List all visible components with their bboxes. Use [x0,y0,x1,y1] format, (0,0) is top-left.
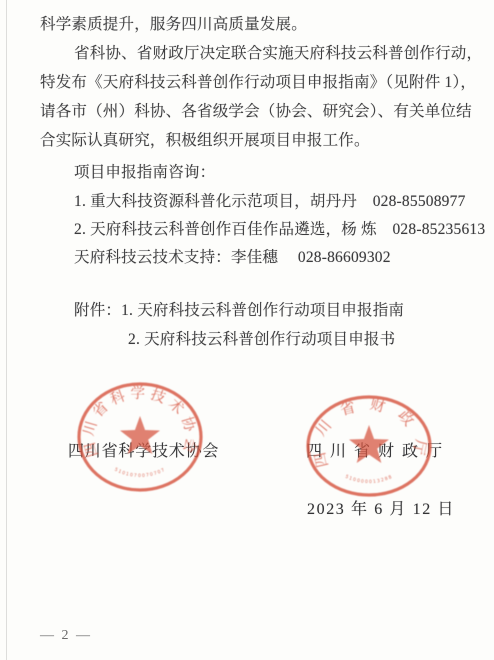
official-seal-left: 四川省科学技术协会 5101070070707 [79,384,201,490]
page-number: — 2 — [40,628,92,644]
body-line: 省科协、省财政厅决定联合实施天府科技云科普创作行动， [74,41,482,63]
body-line: 科学素质提升，服务四川高质量发展。 [40,12,307,34]
body-line: 项目申报指南咨询： [74,160,215,182]
contact-line: 天府科技云技术支持：李佳穗 028-86609302 [74,245,391,267]
body-line: 合实际认真研究，积极组织开展项目申报工作。 [40,128,370,150]
org-signature-right: 四川省财政厅 [306,438,450,461]
contact-line: 2. 天府科技云科普创作百佳作品遴选，杨 炼 028-85235613 [74,217,485,239]
body-line: 特发布《天府科技云科普创作行动项目申报指南》（见附件 1）， [40,70,476,92]
body-line: 请各市（州）科协、各省级学会（协会、研究会）、有关单位结 [40,99,472,121]
contact-line: 1. 重大科技资源科普化示范项目，胡丹丹 028-85508977 [74,189,466,211]
seal-ring [79,384,201,490]
attachment-line: 附件：1. 天府科技云科普创作行动项目申报指南 [74,298,404,320]
scan-edge-line [6,0,7,660]
org-signature-left: 四川省科学技术协会 [68,438,219,461]
seal-serial-number: 5101070070707 [113,467,166,479]
seal-serial-number: 510000013288 [344,474,394,485]
document-date: 2023 年 6 月 12 日 [307,496,455,519]
document-page: 科学素质提升，服务四川高质量发展。 省科协、省财政厅决定联合实施天府科技云科普创… [0,0,494,660]
attachment-line: 2. 天府科技云科普创作行动项目申报书 [128,327,395,349]
